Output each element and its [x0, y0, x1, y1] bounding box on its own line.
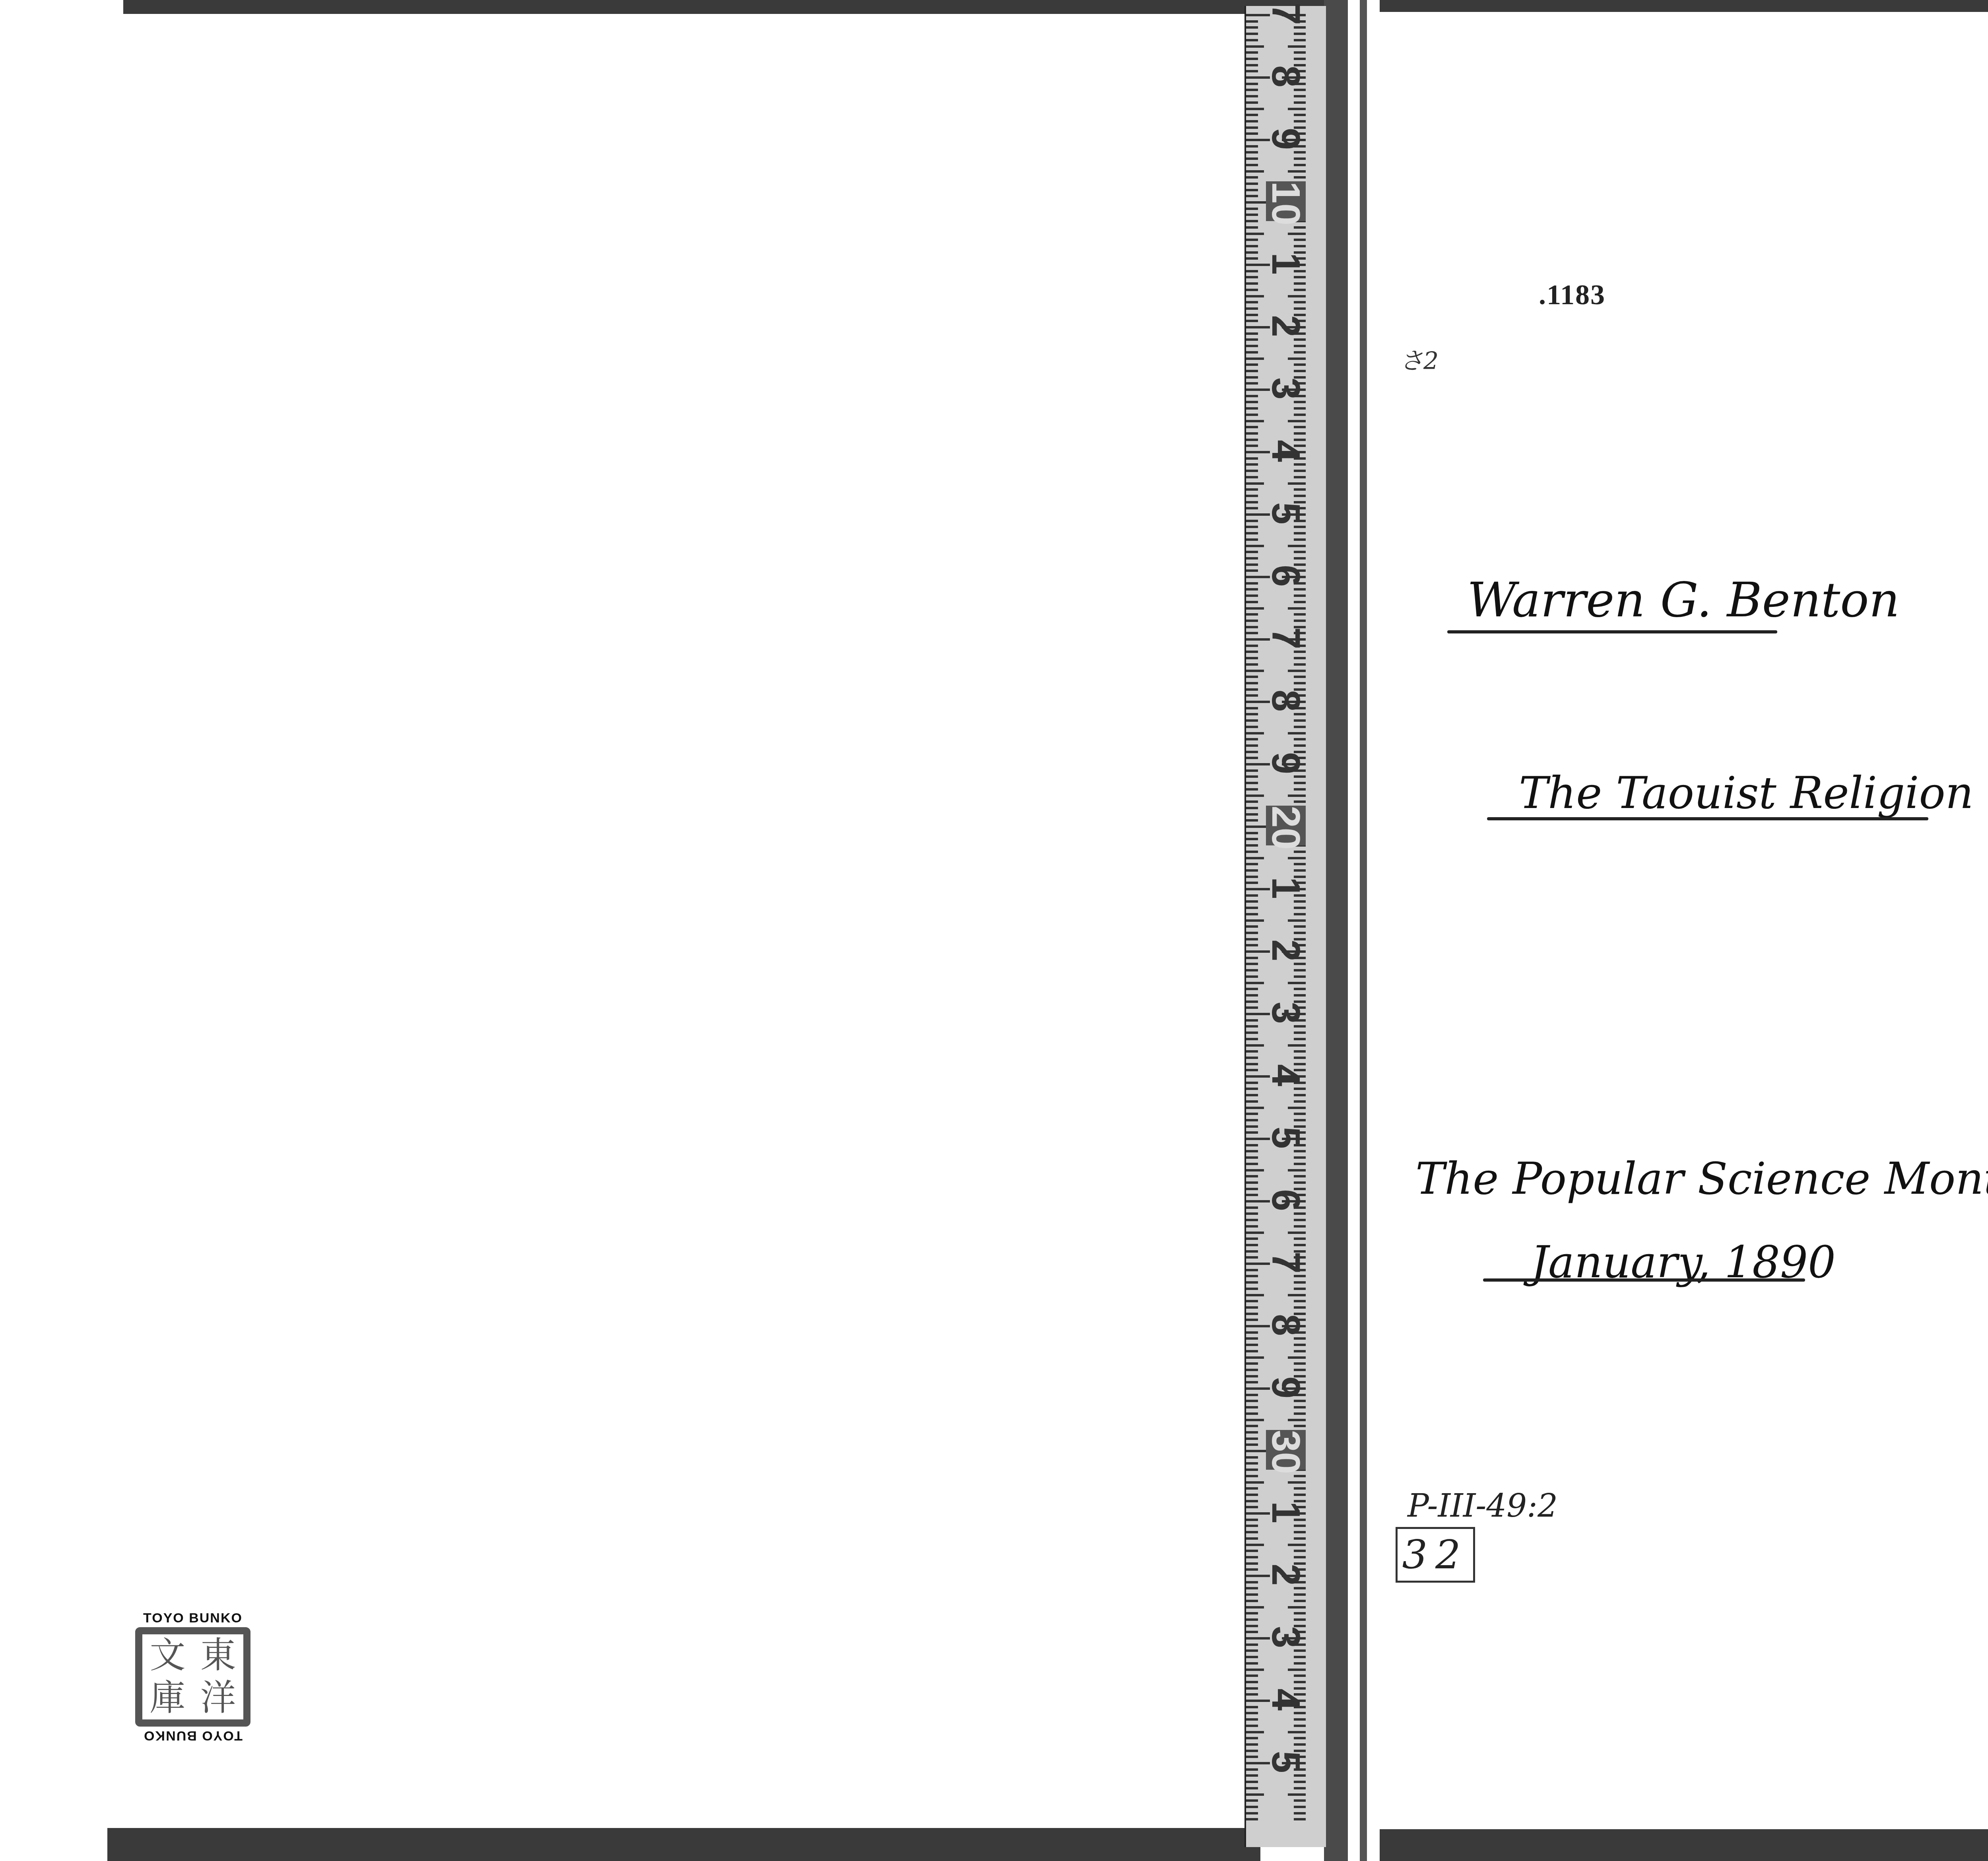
ruler-tick: [1294, 1806, 1306, 1808]
ruler-tick: [1246, 301, 1258, 303]
ruler-tick: [1246, 1419, 1264, 1421]
ruler-tick: [1246, 382, 1258, 385]
ruler-tick: [1246, 1768, 1258, 1771]
ruler-tick: [1246, 1288, 1258, 1290]
ruler-tick: [1246, 1544, 1264, 1546]
ruler-tick: [1246, 1556, 1258, 1558]
ruler-tick: [1294, 1225, 1306, 1228]
ruler-tick: [1246, 482, 1264, 485]
ruler-tick: [1246, 1344, 1258, 1346]
ruler-tick: [1294, 738, 1306, 740]
ruler-tick: [1246, 1038, 1258, 1040]
ruler-tick: [1246, 1032, 1258, 1034]
ruler-tick: [1288, 607, 1306, 610]
ruler-tick: [1246, 495, 1258, 497]
ruler-tick: [1246, 1481, 1264, 1484]
ruler-tick: [1246, 20, 1258, 23]
binding-gutter: [1324, 0, 1348, 1861]
ruler-tick: [1246, 1669, 1264, 1671]
ruler-tick: [1246, 338, 1258, 341]
ruler-tick: [1246, 1069, 1258, 1071]
ruler-tick: [1288, 295, 1306, 297]
ruler-tick: [1246, 775, 1258, 778]
ruler-tick: [1246, 607, 1264, 610]
ruler-tick: [1246, 170, 1264, 173]
ruler-label: 6: [1266, 556, 1306, 596]
ruler-tick: [1294, 988, 1306, 990]
ruler-tick: [1294, 1787, 1306, 1789]
ruler-tick: [1246, 601, 1258, 603]
ruler-tick: [1246, 663, 1258, 666]
ruler-tick: [1246, 969, 1258, 971]
ruler-tick: [1246, 900, 1258, 903]
ruler-tick: [1246, 657, 1258, 659]
ruler-tick: [1246, 357, 1264, 360]
ruler-tick: [1246, 925, 1258, 928]
ruler-tick: [1246, 1169, 1264, 1171]
author-name: Warren G. Benton: [1467, 573, 1900, 628]
binding-gutter-shadow: [1360, 0, 1367, 1861]
ruler-tick: [1246, 1006, 1258, 1009]
ruler-tick: [1294, 726, 1306, 728]
ruler-tick: [1294, 1288, 1306, 1290]
ruler-tick: [1294, 1818, 1306, 1820]
ruler-tick: [1294, 1237, 1306, 1240]
ruler-tick: [1246, 214, 1258, 216]
ruler-tick: [1246, 1568, 1258, 1571]
ruler-tick: [1246, 813, 1258, 816]
ruler-tick: [1246, 1237, 1258, 1240]
ruler-tick: [1294, 289, 1306, 291]
ruler-tick: [1246, 1443, 1258, 1446]
ruler-tick: [1246, 257, 1258, 260]
ruler-tick: [1294, 114, 1306, 116]
ruler-tick: [1246, 676, 1258, 678]
ruler-tick: [1246, 164, 1258, 166]
ruler-tick: [1246, 1537, 1258, 1540]
ruler-tick: [1246, 1812, 1258, 1814]
ruler-tick: [1246, 1369, 1258, 1371]
ruler-tick: [1246, 33, 1258, 35]
ruler-tick: [1246, 632, 1258, 634]
ruler-tick: [1246, 719, 1258, 722]
ruler-tick: [1246, 1600, 1258, 1602]
ruler-tick: [1288, 1107, 1306, 1109]
ruler-tick: [1246, 1281, 1258, 1284]
ruler-tick: [1246, 1643, 1258, 1646]
ruler-tick: [1294, 1600, 1306, 1602]
ruler-tick: [1294, 788, 1306, 791]
ruler-tick: [1246, 351, 1258, 354]
ruler-tick: [1246, 1375, 1258, 1377]
ruler-tick: [1246, 1256, 1258, 1259]
ruler-tick: [1294, 663, 1306, 666]
ruler-tick: [1294, 1163, 1306, 1165]
ruler-tick: [1246, 1275, 1258, 1277]
ruler-tick: [1294, 1412, 1306, 1415]
ruler-tick: [1246, 582, 1258, 585]
ruler-tick: [1246, 1319, 1258, 1321]
ruler-tick: [1246, 526, 1258, 528]
ruler-label: 7: [1266, 618, 1306, 658]
ruler-tick: [1246, 963, 1258, 965]
ruler-tick: [1246, 819, 1258, 822]
page-edge-top-left: [123, 0, 1340, 14]
ruler-tick: [1246, 407, 1258, 410]
ruler-tick: [1246, 1612, 1258, 1614]
ruler-tick: [1294, 800, 1306, 803]
ruler-tick: [1246, 1656, 1258, 1658]
ruler-tick: [1246, 913, 1258, 915]
ruler-tick: [1294, 1100, 1306, 1103]
ruler-tick: [1246, 1406, 1258, 1408]
ruler-tick: [1246, 795, 1264, 797]
ruler-tick: [1246, 532, 1258, 534]
ruler-tick: [1246, 551, 1258, 553]
ruler-label: 30: [1266, 1430, 1306, 1470]
ruler-tick: [1288, 1793, 1306, 1796]
ruler-tick: [1246, 1125, 1258, 1128]
ruler-tick: [1294, 51, 1306, 54]
ruler-tick: [1294, 226, 1306, 229]
ruler-tick: [1246, 132, 1258, 135]
ruler-tick: [1246, 314, 1258, 316]
ruler-tick: [1246, 1606, 1264, 1608]
ruler-tick: [1246, 1025, 1258, 1028]
ruler-tick: [1246, 245, 1258, 247]
ruler-tick: [1246, 1063, 1258, 1065]
ruler-tick: [1246, 370, 1258, 372]
ruler-tick: [1246, 1131, 1258, 1134]
ruler-tick: [1246, 226, 1258, 229]
ruler-tick: [1246, 1681, 1258, 1683]
ruler-tick: [1294, 551, 1306, 553]
ruler-tick: [1246, 620, 1258, 622]
ruler-tick: [1294, 414, 1306, 416]
ruler-tick: [1246, 694, 1258, 697]
call-number: P-III-49:2: [1408, 1487, 1558, 1524]
ruler-tick: [1246, 233, 1264, 235]
ruler-tick: [1288, 1419, 1306, 1421]
ruler-tick: [1246, 851, 1258, 853]
ruler-tick: [1294, 676, 1306, 678]
ruler-tick: [1246, 401, 1258, 403]
ruler-tick: [1246, 45, 1264, 48]
ruler-tick: [1246, 1438, 1258, 1440]
ruler-tick: [1246, 1593, 1258, 1596]
ruler-tick: [1288, 732, 1306, 734]
ruler-tick: [1246, 1107, 1264, 1109]
seal-char: 文: [142, 1634, 193, 1677]
ruler-tick: [1246, 1212, 1258, 1215]
ruler-tick: [1246, 557, 1258, 559]
ruler-tick: [1288, 482, 1306, 485]
ruler-tick: [1246, 26, 1258, 29]
ruler-tick: [1246, 907, 1258, 909]
ruler-tick: [1294, 351, 1306, 354]
ruler-tick: [1246, 1649, 1258, 1652]
ruler-tick: [1246, 919, 1264, 922]
ruler-tick: [1246, 1156, 1258, 1159]
ruler-tick: [1246, 1175, 1258, 1177]
ruler-label: 10: [1266, 181, 1306, 221]
ruler-tick: [1294, 164, 1306, 166]
ruler-tick: [1246, 64, 1258, 66]
ruler-tick: [1288, 1232, 1306, 1234]
ruler-tick: [1246, 1506, 1258, 1508]
ruler-tick: [1246, 769, 1258, 772]
ruler-tick: [1246, 800, 1258, 803]
ruler-tick: [1246, 1731, 1264, 1733]
ruler-tick: [1246, 70, 1258, 72]
page-edge-bottom-left: [107, 1828, 1260, 1861]
ruler-tick: [1288, 233, 1306, 235]
ruler-tick: [1246, 982, 1264, 984]
article-title: The Taouist Religion: [1519, 767, 1974, 818]
ruler-tick: [1246, 957, 1258, 959]
ruler-tick: [1246, 1313, 1258, 1315]
ruler-tick: [1246, 1400, 1258, 1402]
ruler-tick: [1246, 1725, 1258, 1727]
ruler-tick: [1246, 1756, 1258, 1758]
ruler-tick: [1246, 613, 1258, 616]
ruler-tick: [1246, 476, 1258, 478]
ruler-tick: [1294, 476, 1306, 478]
ruler-tick: [1294, 913, 1306, 915]
ruler-tick: [1246, 251, 1258, 254]
ruler-tick: [1246, 1225, 1258, 1228]
ruler-tick: [1294, 863, 1306, 865]
ruler-tick: [1246, 1356, 1264, 1359]
ruler-tick: [1294, 601, 1306, 603]
ruler-tick: [1246, 1618, 1258, 1621]
logo-caption-top: TOYO BUNKO: [127, 1610, 258, 1626]
ruler-tick: [1246, 1350, 1258, 1352]
ruler-tick: [1246, 1781, 1258, 1783]
ruler-tick: [1246, 788, 1258, 791]
ruler-tick: [1246, 1394, 1258, 1396]
ruler-tick: [1246, 1519, 1258, 1521]
ruler-tick: [1294, 1675, 1306, 1677]
ruler-tick: [1294, 1050, 1306, 1053]
ruler-tick: [1246, 195, 1258, 197]
ruler-tick: [1294, 363, 1306, 366]
ruler-tick: [1246, 1431, 1258, 1434]
ruler-tick: [1246, 1219, 1258, 1221]
ruler-tick: [1246, 1743, 1258, 1746]
ruler-tick: [1294, 925, 1306, 928]
ruler-tick: [1246, 1675, 1258, 1677]
ruler-tick: [1246, 1562, 1258, 1565]
ruler-tick: [1294, 426, 1306, 428]
ruler-tick: [1246, 295, 1264, 297]
ruler-tick: [1246, 1300, 1258, 1302]
ruler-tick: [1246, 988, 1258, 990]
ruler-tick: [1246, 1712, 1258, 1714]
ruler-tick: [1246, 220, 1258, 222]
logo-caption-bottom: TOYO BUNKO: [127, 1728, 258, 1743]
ruler-tick: [1246, 239, 1258, 241]
ruler-tick: [1294, 239, 1306, 241]
ruler-label: 1: [1266, 244, 1306, 284]
ruler-label: 3: [1266, 993, 1306, 1033]
page-edge-bottom-right: [1380, 1829, 1988, 1861]
ruler-tick: [1246, 751, 1258, 753]
ruler-tick: [1246, 83, 1258, 85]
ruler-tick: [1246, 1150, 1258, 1152]
ruler-tick: [1246, 932, 1258, 934]
ruler-tick: [1246, 782, 1258, 784]
ruler-tick: [1294, 1038, 1306, 1040]
ruler-tick: [1246, 1687, 1258, 1690]
ruler-label: 4: [1266, 1055, 1306, 1095]
ruler-tick: [1288, 1731, 1306, 1733]
ruler-tick: [1246, 1787, 1258, 1789]
ruler-tick: [1246, 126, 1258, 129]
ruler-tick: [1246, 1425, 1258, 1427]
ruler-label: 3: [1266, 1617, 1306, 1657]
ruler-tick: [1246, 1750, 1258, 1752]
ruler-tick: [1288, 170, 1306, 173]
ruler-tick: [1246, 938, 1258, 940]
ruler-tick: [1246, 1793, 1264, 1796]
ruler-tick: [1246, 1050, 1258, 1053]
ruler-tick: [1294, 1550, 1306, 1552]
ruler-tick: [1288, 795, 1306, 797]
ruler-tick: [1246, 420, 1264, 422]
ruler-tick: [1246, 39, 1258, 41]
ruler-tick: [1246, 157, 1258, 160]
ruler-tick: [1246, 1706, 1258, 1708]
ruler-tick: [1294, 1350, 1306, 1352]
ruler-tick: [1246, 1625, 1258, 1627]
ruler-tick: [1246, 1818, 1258, 1820]
ruler-tick: [1246, 376, 1258, 379]
ruler-tick: [1294, 39, 1306, 41]
ruler-tick: [1294, 851, 1306, 853]
ruler-label: 8: [1266, 1305, 1306, 1345]
ruler-tick: [1246, 1631, 1258, 1633]
ruler-tick: [1246, 863, 1258, 865]
ruler-tick: [1246, 844, 1258, 847]
ruler-tick: [1246, 1306, 1258, 1309]
ruler-tick: [1246, 51, 1258, 54]
ruler-tick: [1246, 707, 1258, 709]
ruler-tick: [1246, 713, 1258, 715]
ruler-tick: [1246, 726, 1258, 728]
ruler-tick: [1246, 395, 1258, 397]
ruler-tick: [1288, 1044, 1306, 1047]
ruler-tick: [1246, 439, 1258, 441]
ruler-tick: [1288, 857, 1306, 859]
ruler-tick: [1246, 445, 1258, 447]
ruler-tick: [1246, 994, 1258, 997]
ruler-label: 3: [1266, 369, 1306, 408]
ruler-tick: [1246, 1250, 1258, 1253]
ruler-tick: [1246, 108, 1264, 110]
ruler-tick: [1246, 520, 1258, 522]
ruler-tick: [1246, 588, 1258, 591]
ruler-tick: [1288, 1481, 1306, 1484]
ruler-tick: [1294, 1612, 1306, 1614]
ruler-tick: [1246, 414, 1258, 416]
ruler-label: 5: [1266, 493, 1306, 533]
ruler-tick: [1246, 1088, 1258, 1090]
ruler-tick: [1246, 183, 1258, 185]
ruler-tick: [1246, 757, 1258, 759]
ruler-tick: [1246, 189, 1258, 191]
ruler-tick: [1246, 1331, 1258, 1334]
ruler-tick: [1288, 1606, 1306, 1608]
ruler-tick: [1246, 95, 1258, 97]
ruler-tick: [1246, 738, 1258, 740]
ruler-tick: [1246, 1113, 1258, 1115]
ruler-tick: [1294, 1113, 1306, 1115]
ruler-tick: [1294, 1475, 1306, 1477]
ruler-tick: [1246, 744, 1258, 747]
ruler-tick: [1246, 563, 1258, 566]
ruler-tick: [1246, 944, 1258, 946]
ruler-tick: [1246, 1082, 1258, 1084]
ruler-label: 2: [1266, 306, 1306, 346]
ruler-tick: [1246, 688, 1258, 691]
ruler-label: 9: [1266, 1368, 1306, 1407]
ruler-tick: [1246, 101, 1258, 104]
ruler-tick: [1294, 301, 1306, 303]
ruler-tick: [1246, 1094, 1258, 1096]
ruler-tick: [1294, 1725, 1306, 1727]
ruler-tick: [1246, 1057, 1258, 1059]
ruler-tick: [1288, 1669, 1306, 1671]
ruler-tick: [1246, 1456, 1258, 1459]
ruler-tick: [1294, 1300, 1306, 1302]
ruler-tick: [1246, 1531, 1258, 1533]
ruler-tick: [1288, 45, 1306, 48]
ruler-tick: [1246, 1294, 1264, 1296]
ruler-label: 7: [1266, 0, 1306, 34]
ruler-tick: [1288, 357, 1306, 360]
ruler-tick: [1246, 645, 1258, 647]
ruler-tick: [1294, 1737, 1306, 1739]
ruler-tick: [1246, 1188, 1258, 1190]
ruler-tick: [1294, 488, 1306, 491]
ruler-tick: [1246, 289, 1258, 291]
ruler-label: 1: [1266, 1492, 1306, 1532]
ruler-tick: [1246, 1487, 1258, 1490]
ruler-tick: [1246, 89, 1258, 91]
ruler-tick: [1246, 307, 1258, 310]
ruler-tick: [1294, 1175, 1306, 1177]
ruler-label: 8: [1266, 681, 1306, 721]
seal-char: 洋: [193, 1677, 243, 1719]
ruler-tick: [1246, 58, 1258, 60]
ruler-tick: [1246, 1587, 1258, 1589]
ruler-tick: [1246, 1550, 1258, 1552]
ruler-tick: [1294, 176, 1306, 179]
ruler-tick: [1246, 1163, 1258, 1165]
ruler-tick: [1246, 114, 1258, 116]
ruler-tick: [1246, 1144, 1258, 1146]
ruler-tick: [1246, 1412, 1258, 1415]
title-underline: [1487, 817, 1928, 820]
ruler-tick: [1288, 670, 1306, 672]
ruler-tick: [1246, 1232, 1264, 1234]
ruler-tick: [1294, 1362, 1306, 1365]
ruler-tick: [1246, 282, 1258, 285]
ruler-tick: [1246, 894, 1258, 897]
ruler-tick: [1246, 975, 1258, 978]
ruler-tick: [1246, 1000, 1258, 1003]
